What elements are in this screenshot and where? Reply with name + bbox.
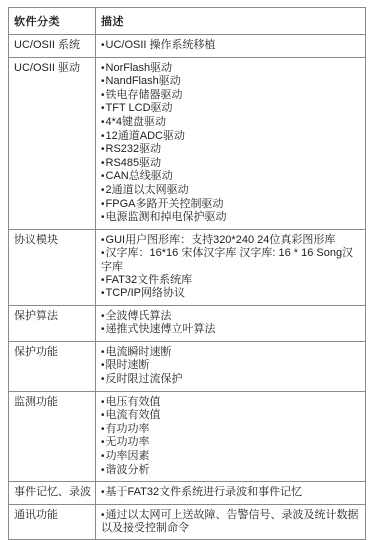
feature-list: •UC/OSII 操作系统移植 <box>101 39 361 53</box>
feature-list: •电压有效值•电流有效值•有功功率•无功功率•功率因素•谐波分析 <box>101 396 361 478</box>
feature-text: UC/OSII 操作系统移植 <box>106 39 216 51</box>
bullet-icon: • <box>101 235 105 248</box>
document-page: 软件分类 描述 UC/OSII 系统•UC/OSII 操作系统移植UC/OSII… <box>0 0 372 480</box>
category-cell: 协议模块 <box>9 229 96 305</box>
feature-item: •有功功率 <box>101 423 361 437</box>
category-cell: 保护功能 <box>9 341 96 391</box>
bullet-icon: • <box>101 288 105 301</box>
feature-text: 谐波分析 <box>106 464 150 476</box>
feature-item: •功率因素 <box>101 450 361 464</box>
bullet-icon: • <box>101 437 105 450</box>
feature-item: •CAN总线驱动 <box>101 170 361 184</box>
feature-item: •电流瞬时速断 <box>101 346 361 360</box>
bullet-icon: • <box>101 465 105 478</box>
feature-text: 全波傅氏算法 <box>106 310 172 322</box>
description-cell: •电压有效值•电流有效值•有功功率•无功功率•功率因素•谐波分析 <box>96 391 366 480</box>
table-row: 协议模块•GUI用户图形库：支持320*240 24位真彩图形库•汉字库：16*… <box>9 229 366 305</box>
feature-item: •限时速断 <box>101 359 361 373</box>
bullet-icon: • <box>101 451 105 464</box>
feature-list: •GUI用户图形库：支持320*240 24位真彩图形库•汉字库：16*16 宋… <box>101 234 361 301</box>
bullet-icon: • <box>101 158 105 171</box>
bullet-icon: • <box>101 374 105 387</box>
feature-list: •全波傅氏算法•递推式快速傅立叶算法 <box>101 310 361 337</box>
feature-text: 电源监测和掉电保护驱动 <box>106 211 227 223</box>
bullet-icon: • <box>101 63 105 76</box>
feature-list: •NorFlash驱动•NandFlash驱动•铁电存储器驱动•TFT LCD驱… <box>101 62 361 225</box>
feature-item: •铁电存储器驱动 <box>101 89 361 103</box>
table-header-description: 描述 <box>96 8 366 35</box>
category-cell: UC/OSII 系统 <box>9 35 96 58</box>
feature-text: FPGA多路开关控制驱动 <box>106 198 224 210</box>
bullet-icon: • <box>101 424 105 437</box>
feature-item: •2通道以太网驱动 <box>101 184 361 198</box>
bullet-icon: • <box>101 131 105 144</box>
feature-text: RS485驱动 <box>106 157 162 169</box>
feature-item: •GUI用户图形库：支持320*240 24位真彩图形库 <box>101 234 361 248</box>
description-cell: •全波傅氏算法•递推式快速傅立叶算法 <box>96 305 366 341</box>
feature-text: CAN总线驱动 <box>106 170 173 182</box>
table-row: UC/OSII 系统•UC/OSII 操作系统移植 <box>9 35 366 58</box>
feature-text: TFT LCD驱动 <box>106 102 173 114</box>
feature-item: •TFT LCD驱动 <box>101 102 361 116</box>
feature-text: 电流瞬时速断 <box>106 346 172 358</box>
feature-text: 有功功率 <box>106 423 150 435</box>
bullet-icon: • <box>101 171 105 184</box>
feature-list: •电流瞬时速断•限时速断•反时限过流保护 <box>101 346 361 387</box>
bullet-icon: • <box>101 347 105 360</box>
feature-item: •NandFlash驱动 <box>101 75 361 89</box>
category-cell: UC/OSII 驱动 <box>9 57 96 229</box>
feature-text: 4*4键盘驱动 <box>106 116 167 128</box>
feature-text: 汉字库：16*16 宋体汉字库 汉字库: 16 * 16 Song汉字库 <box>101 247 353 273</box>
feature-text: FAT32文件系统库 <box>106 274 193 286</box>
feature-text: GUI用户图形库：支持320*240 24位真彩图形库 <box>106 234 336 246</box>
feature-item: •TCP/IP网络协议 <box>101 287 361 301</box>
bullet-icon: • <box>101 185 105 198</box>
feature-text: TCP/IP网络协议 <box>106 287 185 299</box>
description-cell: •电流瞬时速断•限时速断•反时限过流保护 <box>96 341 366 391</box>
feature-item: •RS485驱动 <box>101 157 361 171</box>
bullet-icon: • <box>101 76 105 89</box>
category-cell: 保护算法 <box>9 305 96 341</box>
feature-text: 递推式快速傅立叶算法 <box>106 323 216 335</box>
bullet-icon: • <box>101 144 105 157</box>
bullet-icon: • <box>101 410 105 423</box>
feature-item: •汉字库：16*16 宋体汉字库 汉字库: 16 * 16 Song汉字库 <box>101 247 361 273</box>
feature-text: 无功功率 <box>106 436 150 448</box>
feature-item: •电流有效值 <box>101 409 361 423</box>
table-body: UC/OSII 系统•UC/OSII 操作系统移植UC/OSII 驱动•NorF… <box>9 35 366 481</box>
feature-item: •FAT32文件系统库 <box>101 274 361 288</box>
feature-item: •谐波分析 <box>101 464 361 478</box>
feature-text: 功率因素 <box>106 450 150 462</box>
table-row: 监测功能•电压有效值•电流有效值•有功功率•无功功率•功率因素•谐波分析 <box>9 391 366 480</box>
feature-text: RS232驱动 <box>106 143 162 155</box>
table-row: 保护功能•电流瞬时速断•限时速断•反时限过流保护 <box>9 341 366 391</box>
bullet-icon: • <box>101 212 105 225</box>
category-cell: 监测功能 <box>9 391 96 480</box>
feature-item: •NorFlash驱动 <box>101 62 361 76</box>
feature-text: NorFlash驱动 <box>106 62 173 74</box>
feature-text: 12通道ADC驱动 <box>106 130 185 142</box>
bullet-icon: • <box>101 397 105 410</box>
feature-text: 电压有效值 <box>106 396 161 408</box>
software-classification-table: 软件分类 描述 UC/OSII 系统•UC/OSII 操作系统移植UC/OSII… <box>8 7 366 480</box>
feature-text: 2通道以太网驱动 <box>106 184 189 196</box>
table-header-row: 软件分类 描述 <box>9 8 366 35</box>
feature-item: •UC/OSII 操作系统移植 <box>101 39 361 53</box>
feature-item: •反时限过流保护 <box>101 373 361 387</box>
feature-text: 铁电存储器驱动 <box>106 89 183 101</box>
description-cell: •GUI用户图形库：支持320*240 24位真彩图形库•汉字库：16*16 宋… <box>96 229 366 305</box>
feature-item: •RS232驱动 <box>101 143 361 157</box>
feature-item: •无功功率 <box>101 436 361 450</box>
feature-item: •FPGA多路开关控制驱动 <box>101 198 361 212</box>
bullet-icon: • <box>101 311 105 324</box>
feature-item: •4*4键盘驱动 <box>101 116 361 130</box>
bullet-icon: • <box>101 275 105 288</box>
bullet-icon: • <box>101 199 105 212</box>
feature-item: •递推式快速傅立叶算法 <box>101 323 361 337</box>
table-row: 保护算法•全波傅氏算法•递推式快速傅立叶算法 <box>9 305 366 341</box>
feature-item: •电压有效值 <box>101 396 361 410</box>
bullet-icon: • <box>101 103 105 116</box>
description-cell: •NorFlash驱动•NandFlash驱动•铁电存储器驱动•TFT LCD驱… <box>96 57 366 229</box>
feature-text: 限时速断 <box>106 359 150 371</box>
description-cell: •UC/OSII 操作系统移植 <box>96 35 366 58</box>
bullet-icon: • <box>101 248 105 261</box>
feature-text: 反时限过流保护 <box>106 373 183 385</box>
table-row: UC/OSII 驱动•NorFlash驱动•NandFlash驱动•铁电存储器驱… <box>9 57 366 229</box>
bullet-icon: • <box>101 90 105 103</box>
feature-item: •全波傅氏算法 <box>101 310 361 324</box>
bullet-icon: • <box>101 324 105 337</box>
feature-item: •12通道ADC驱动 <box>101 130 361 144</box>
feature-text: NandFlash驱动 <box>106 75 181 87</box>
bullet-icon: • <box>101 117 105 130</box>
bullet-icon: • <box>101 40 105 53</box>
feature-item: •电源监测和掉电保护驱动 <box>101 211 361 225</box>
table-header-category: 软件分类 <box>9 8 96 35</box>
bullet-icon: • <box>101 360 105 373</box>
feature-text: 电流有效值 <box>106 409 161 421</box>
